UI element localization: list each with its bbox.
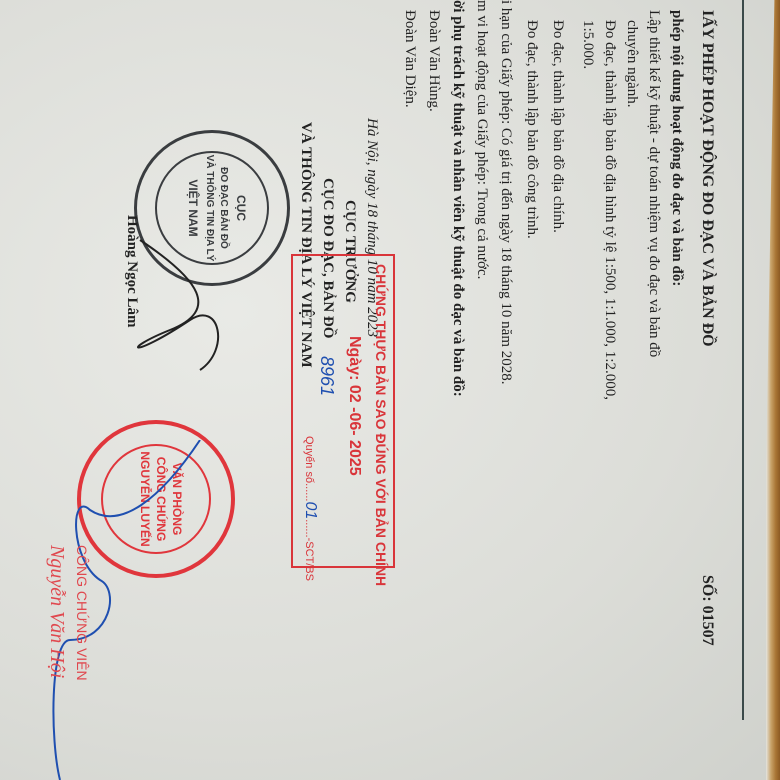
rotated-document: IẤY PHÉP HOẠT ĐỘNG ĐO ĐẠC VÀ BẢN ĐỒ SỐ: … [0,0,780,780]
area-text: m vi hoạt động của Giấy phép: Trong cả n… [473,0,490,279]
scope-item: 1:5.000. [579,20,596,69]
notary-title: CÔNG CHỨNG VIÊN [74,545,90,681]
scope-item: chuyên ngành. [623,20,640,107]
handwritten-number: 8961 [316,356,337,396]
scope-item: Đo đạc, thành lập bản đồ địa chính. [549,20,566,233]
staff-member: Đoàn Văn Hùng. [425,10,442,112]
scope-item: Đo đạc, thành lập bản đồ địa hình tỷ lệ … [601,20,618,400]
scope-item: Đo đạc, thành lập bản đồ công trình. [523,20,540,239]
document-title: IẤY PHÉP HOẠT ĐỘNG ĐO ĐẠC VÀ BẢN ĐỒ [698,10,716,347]
top-rule [742,0,744,720]
scope-heading: phép nội dung hoạt động đo đạc và bản đồ… [668,10,685,286]
staff-heading: ời phụ trách kỹ thuật và nhân viên kỹ th… [449,0,466,397]
signer-name: Hoàng Ngọc Lâm [123,215,140,328]
validity-text: i hạn của Giấy phép: Có giá trị đến ngày… [497,0,514,385]
license-number: SỐ: 01507 [698,575,716,646]
staff-member: Đoàn Văn Diện. [401,10,418,108]
scope-item: Lập thiết kế kỹ thuật - dự toán nhiệm vụ… [645,10,662,357]
certification-stamp: CHỨNG THỰC BẢN SAO ĐÚNG VỚI BẢN CHÍNH Ng… [291,254,395,568]
book-number: Quyển số......01......-SCT/BS [301,436,319,581]
notary-name: Nguyễn Văn Hội [45,545,68,678]
